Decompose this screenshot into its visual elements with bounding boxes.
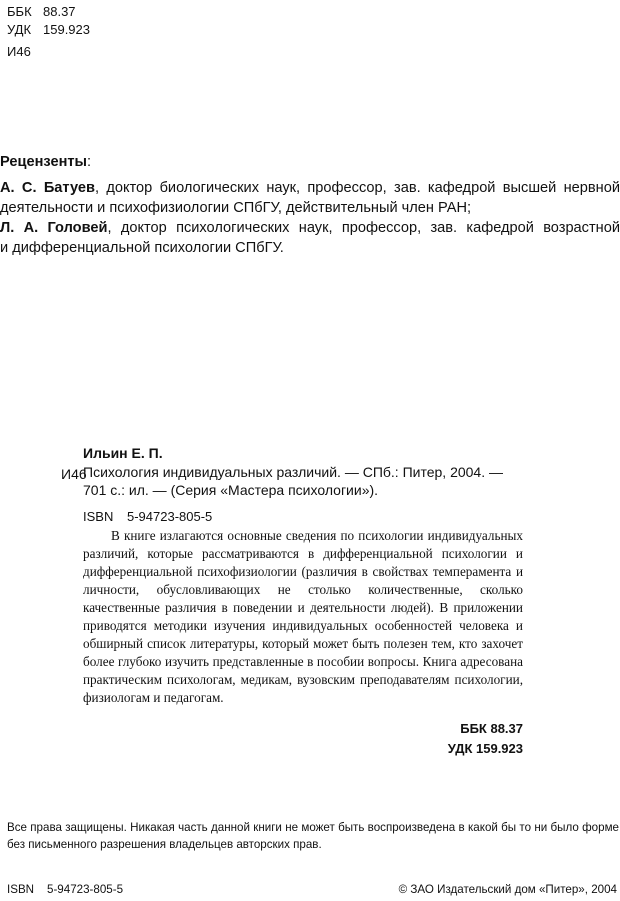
- reviewer-1-line2: деятельности и психофизиологии СПбГУ, де…: [0, 198, 620, 218]
- catalog-card: Ильин Е. П. И46 Психология индивидуальны…: [83, 443, 523, 759]
- udk-value: 159.923: [43, 21, 90, 39]
- bbk-row: ББК 88.37: [7, 3, 90, 21]
- reviewer-2-name: Л. А. Головей: [0, 220, 107, 236]
- card-udk: УДК 159.923: [83, 739, 523, 759]
- card-abstract: В книге излагаются основные сведения по …: [83, 527, 523, 707]
- card-bbk: ББК 88.37: [83, 719, 523, 739]
- rights-notice: Все права защищены. Никакая часть данной…: [7, 819, 619, 853]
- rights-line-1: Все права защищены. Никакая часть данной…: [7, 819, 619, 836]
- reviewer-2-desc: , доктор психологических наук, профессор…: [107, 220, 620, 236]
- reviewers-section: Рецензенты: А. С. Батуев, доктор биологи…: [0, 152, 620, 258]
- copyright-notice: © ЗАО Издательский дом «Питер», 2004: [399, 883, 617, 896]
- reviewers-colon: :: [87, 154, 91, 170]
- bib-line-1: Психология индивидуальных различий. — СП…: [83, 463, 523, 481]
- bib-line-2: 701 с.: ил. — (Серия «Мастера психологии…: [83, 481, 523, 499]
- udk-label: УДК: [7, 21, 43, 39]
- bbk-value: 88.37: [43, 3, 76, 21]
- card-isbn-value: 5-94723-805-5: [127, 509, 212, 525]
- reviewer-1-desc: , доктор биологических наук, профессор, …: [95, 180, 620, 196]
- footer-isbn-value: 5-94723-805-5: [47, 883, 123, 896]
- footer-isbn: ISBN 5-94723-805-5: [7, 883, 123, 896]
- rights-line-2: без письменного разрешения владельцев ав…: [7, 836, 619, 853]
- bbk-label: ББК: [7, 3, 43, 21]
- card-isbn: ISBN 5-94723-805-5: [83, 509, 523, 525]
- card-author: Ильин Е. П.: [83, 443, 523, 463]
- card-classification: ББК 88.37 УДК 159.923: [83, 719, 523, 759]
- reviewer-1-line1: А. С. Батуев, доктор биологических наук,…: [0, 178, 620, 198]
- udk-row: УДК 159.923: [7, 21, 90, 39]
- card-index: И46: [61, 464, 87, 484]
- author-index: И46: [7, 44, 31, 59]
- card-bibliography: Психология индивидуальных различий. — СП…: [83, 463, 523, 499]
- reviewers-heading: Рецензенты:: [0, 152, 620, 172]
- classification-codes: ББК 88.37 УДК 159.923: [7, 3, 90, 39]
- reviewer-2-line1: Л. А. Головей, доктор психологических на…: [0, 218, 620, 238]
- reviewer-1-name: А. С. Батуев: [0, 180, 95, 196]
- reviewers-label: Рецензенты: [0, 154, 87, 170]
- card-isbn-label: ISBN: [83, 509, 127, 525]
- footer-isbn-label: ISBN: [7, 883, 47, 896]
- reviewer-2-line2: и дифференциальной психологии СПбГУ.: [0, 238, 620, 258]
